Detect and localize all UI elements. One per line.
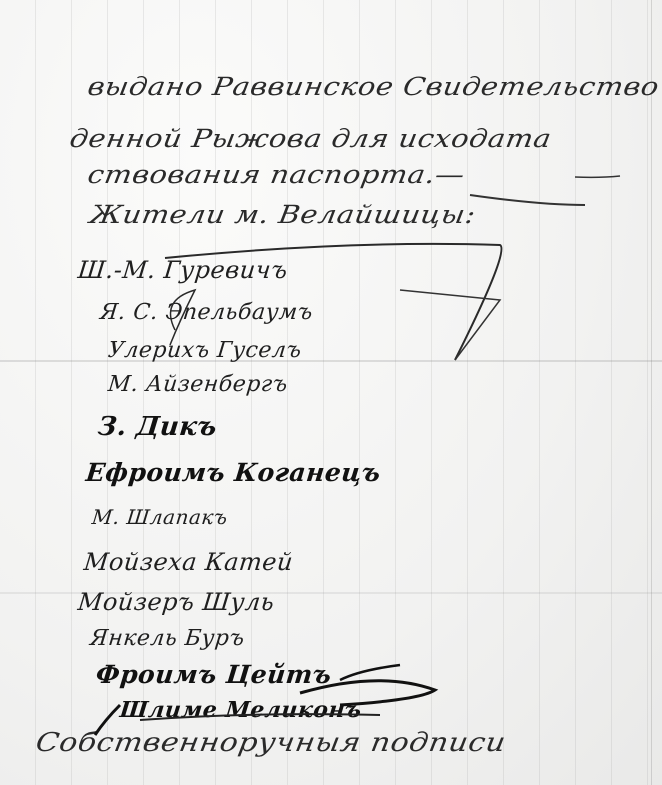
- pen-flourishes: [0, 0, 662, 785]
